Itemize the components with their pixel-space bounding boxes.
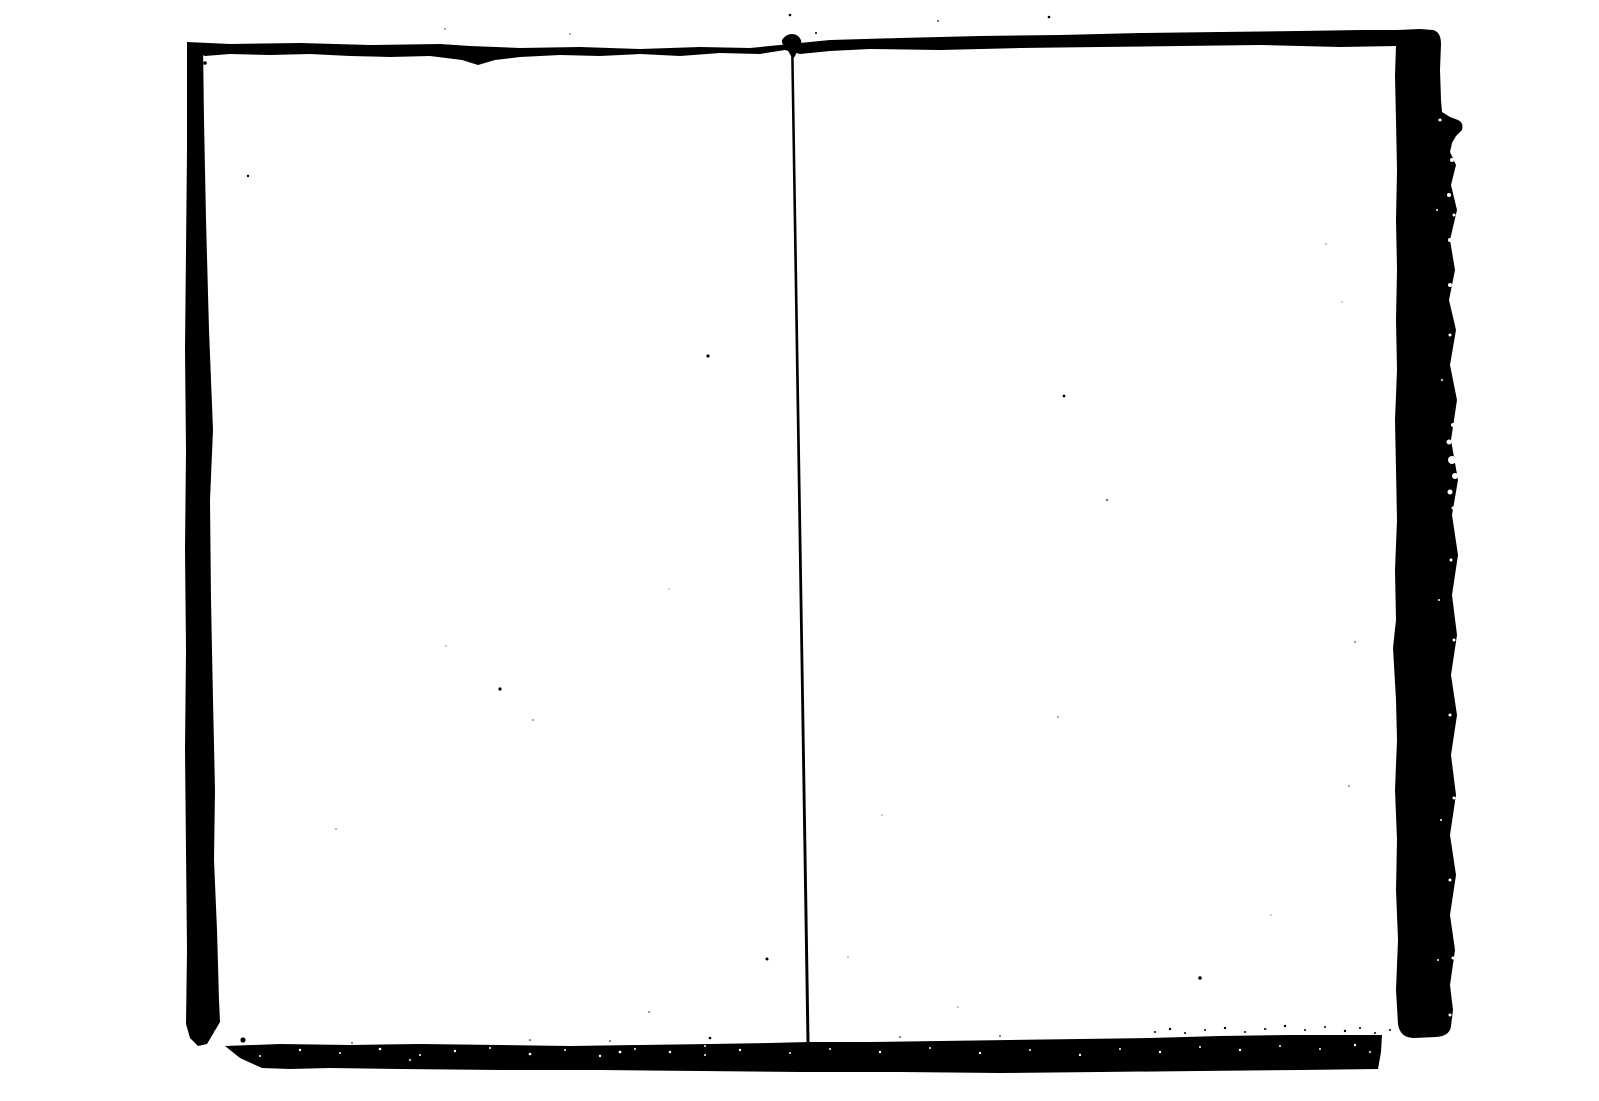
speck: [1369, 1051, 1371, 1053]
speck: [419, 1054, 421, 1056]
speck: [1456, 600, 1460, 604]
speck: [999, 1035, 1001, 1037]
left-page: [205, 60, 785, 1040]
speck: [1279, 1045, 1281, 1047]
speck: [1452, 957, 1455, 960]
speck: [1439, 119, 1442, 122]
speck: [1455, 174, 1458, 177]
speck: [1453, 309, 1456, 312]
speck: [1452, 507, 1455, 510]
speck: [1455, 261, 1458, 264]
speck: [1449, 1014, 1452, 1017]
right-page: [812, 50, 1392, 1035]
speck: [789, 1052, 791, 1054]
speck: [1451, 423, 1455, 427]
speck: [299, 1049, 301, 1051]
speck: [1079, 1054, 1081, 1056]
speck: [1447, 440, 1452, 445]
speck: [1199, 1046, 1201, 1048]
speck: [609, 1040, 611, 1042]
speck: [1437, 959, 1439, 961]
speck: [1441, 379, 1443, 381]
speck: [1448, 238, 1452, 242]
speck: [444, 28, 446, 30]
speck: [1029, 1049, 1031, 1051]
speck: [1354, 1044, 1356, 1046]
speck: [1450, 158, 1454, 162]
speck: [1453, 639, 1456, 642]
speck: [929, 1047, 931, 1049]
speck: [569, 33, 571, 35]
speck: [409, 1059, 411, 1061]
speck: [1448, 490, 1453, 495]
speck: [1159, 1051, 1161, 1053]
speck: [829, 1048, 831, 1050]
speck: [879, 1051, 881, 1053]
speck: [1449, 334, 1452, 337]
speck: [815, 32, 817, 34]
speck: [669, 1051, 671, 1053]
speck: [1436, 209, 1438, 211]
speck: [979, 1052, 981, 1054]
speck: [704, 1045, 706, 1047]
speck: [564, 1049, 566, 1051]
speck: [789, 14, 792, 17]
speck: [599, 1055, 601, 1057]
speck: [1453, 214, 1456, 217]
speck: [899, 1036, 901, 1038]
speck: [1449, 714, 1452, 717]
speck: [379, 1048, 382, 1051]
speck: [1438, 599, 1440, 601]
scanned-book-spread: [0, 0, 1599, 1101]
speck: [1453, 797, 1456, 800]
speck: [529, 1053, 532, 1056]
speck: [1319, 1048, 1321, 1050]
book-fore-edge-band: [1393, 29, 1463, 1038]
speck: [1452, 473, 1458, 479]
speck: [1448, 283, 1452, 287]
speck: [489, 1047, 491, 1049]
speck: [739, 1049, 741, 1051]
speck: [1119, 1048, 1121, 1050]
speck: [339, 1052, 341, 1054]
speck: [351, 1042, 353, 1044]
speck: [619, 1051, 622, 1054]
speck: [259, 1055, 261, 1057]
speck: [1048, 16, 1051, 19]
speck: [704, 1054, 706, 1056]
speck: [634, 1048, 636, 1050]
speck: [937, 20, 939, 22]
speck: [1450, 559, 1453, 562]
speck: [1448, 456, 1456, 464]
speck: [1440, 819, 1442, 821]
speck: [1449, 879, 1452, 882]
speck: [1239, 1049, 1241, 1051]
speck: [454, 1050, 456, 1052]
speck: [1447, 193, 1451, 197]
